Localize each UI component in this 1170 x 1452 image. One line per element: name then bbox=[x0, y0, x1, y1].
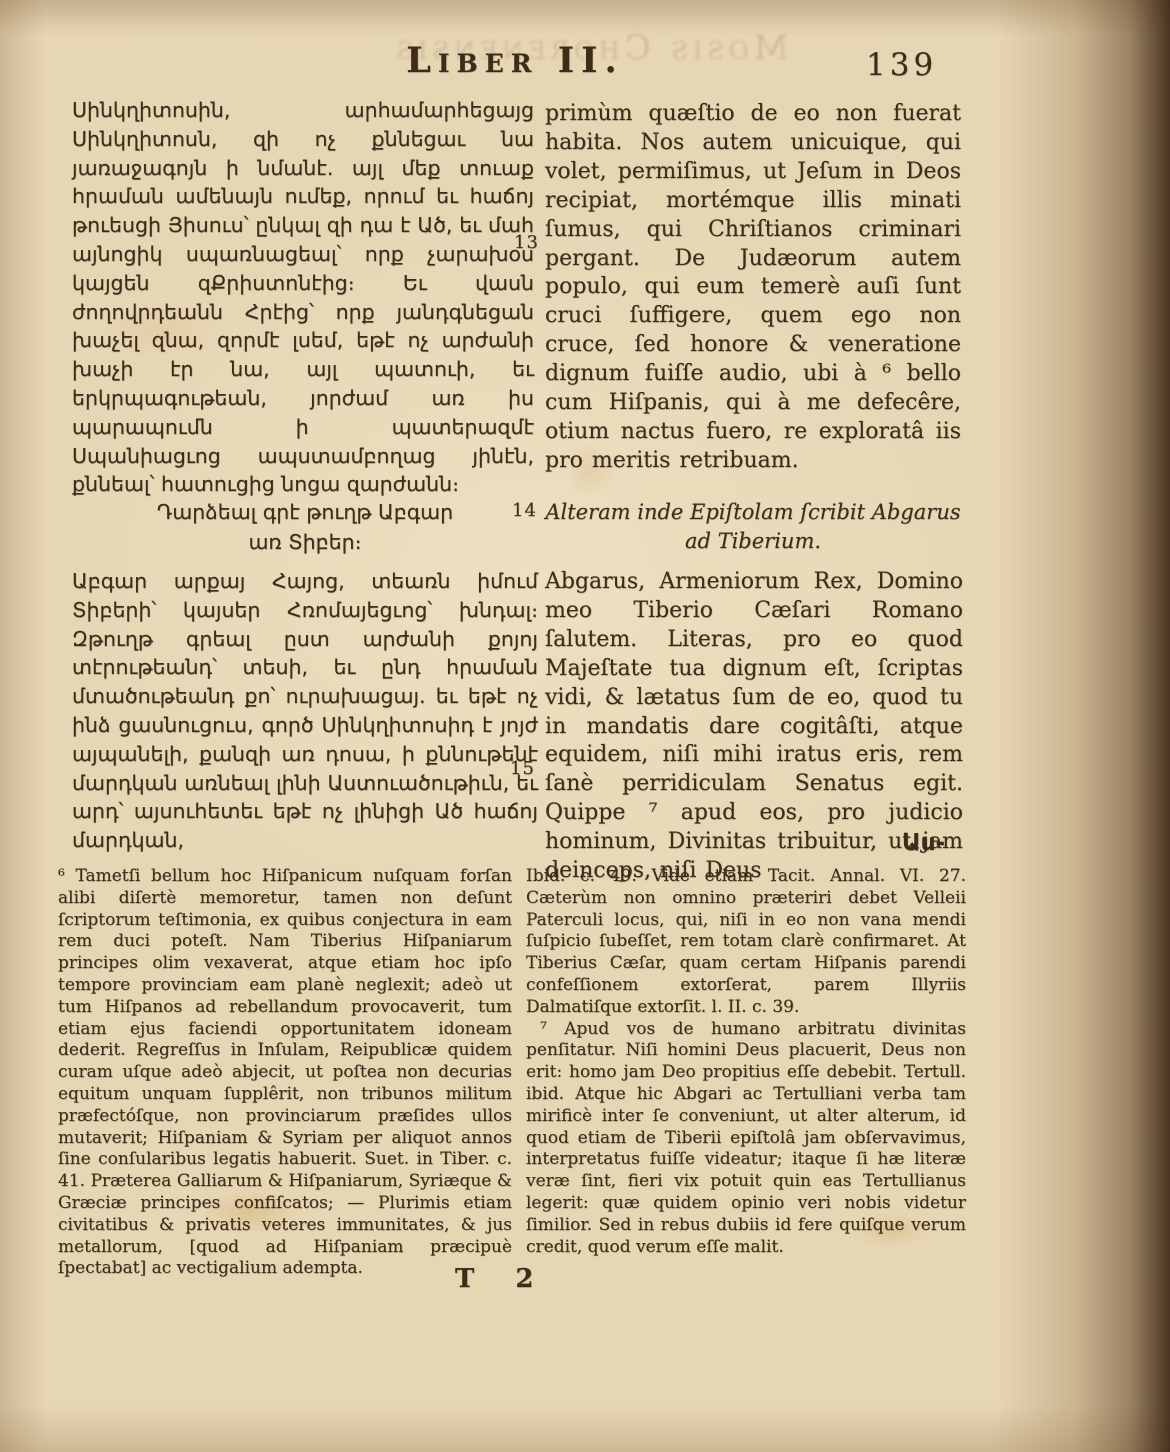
armenian-section-heading: Դարձեալ գրէ թուղթ Աբգար առ Տիբեր։ bbox=[95, 497, 515, 557]
latin-section-heading: Alteram inde Epiſtolam ſcribit Abgarus a… bbox=[545, 498, 961, 556]
page-scan: Mosis Chorenensis Liber II. 139 Սինկղիտո… bbox=[0, 0, 1170, 1452]
footnote-right-column: Ibid. c. 49. Vide etiam Tacit. Annal. VI… bbox=[526, 866, 966, 1258]
footnote-6-continued: Ibid. c. 49. Vide etiam Tacit. Annal. VI… bbox=[526, 866, 966, 1019]
margin-number-14: 14 bbox=[512, 500, 537, 521]
margin-number-15: 15 bbox=[510, 758, 535, 779]
footnote-left-column: ⁶ Tametſi bellum hoc Hiſpanicum nuſquam … bbox=[58, 866, 512, 1280]
latin-paragraph-1: primùm quæſtio de eo non fuerat habita. … bbox=[545, 100, 961, 476]
footnote-7: ⁷ Apud vos de humano arbitratu divinitas… bbox=[526, 1019, 966, 1259]
running-head: Liber II. bbox=[370, 40, 660, 81]
armenian-paragraph-2: Աբգար արքայ Հայոց, տեառն իմում Տիբերի՝ կ… bbox=[72, 567, 538, 855]
armenian-paragraph-1: Սինկղիտոսին, արհամարհեցայց Սինկղիտոսն, զ… bbox=[72, 96, 534, 499]
page-number: 139 bbox=[866, 47, 966, 83]
catchword: Աս- bbox=[545, 830, 945, 856]
margin-number-13: 13 bbox=[514, 232, 539, 253]
footnote-6: ⁶ Tametſi bellum hoc Hiſpanicum nuſquam … bbox=[58, 866, 512, 1280]
signature-mark: T 2 bbox=[455, 1264, 550, 1294]
